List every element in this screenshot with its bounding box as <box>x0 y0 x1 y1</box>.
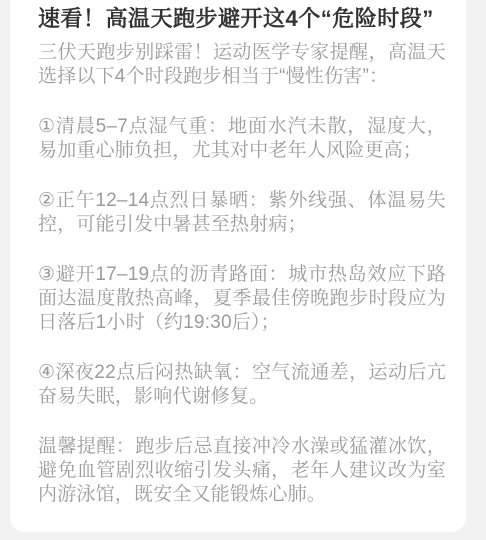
tip-2-noon-sun: ②正午12–14点烈日暴晒：紫外线强、体温易失控，可能引发中暑甚至热射病； <box>38 189 446 237</box>
tip-3-evening-asphalt: ③避开17–19点的沥青路面：城市热岛效应下路面达温度散热高峰，夏季最佳傍晚跑步… <box>38 263 446 335</box>
article-card: 速看！高温天跑步避开这4个“危险时段” 三伏天跑步别踩雷！运动医学专家提醒，高温… <box>10 0 466 532</box>
tip-4-late-night: ④深夜22点后闷热缺氧：空气流通差，运动后亢奋易失眠，影响代谢修复。 <box>38 361 446 409</box>
intro-paragraph: 三伏天跑步别踩雷！运动医学专家提醒，高温天选择以下4个时段跑步相当于“慢性伤害”… <box>38 41 446 89</box>
tip-1-morning-humidity: ①清晨5–7点湿气重：地面水汽未散，湿度大，易加重心肺负担，尤其对中老年人风险更… <box>38 115 446 163</box>
reminder-paragraph: 温馨提醒：跑步后忌直接冲冷水澡或猛灌冰饮，避免血管剧烈收缩引发头痛，老年人建议改… <box>38 435 446 507</box>
article-title: 速看！高温天跑步避开这4个“危险时段” <box>38 6 446 32</box>
